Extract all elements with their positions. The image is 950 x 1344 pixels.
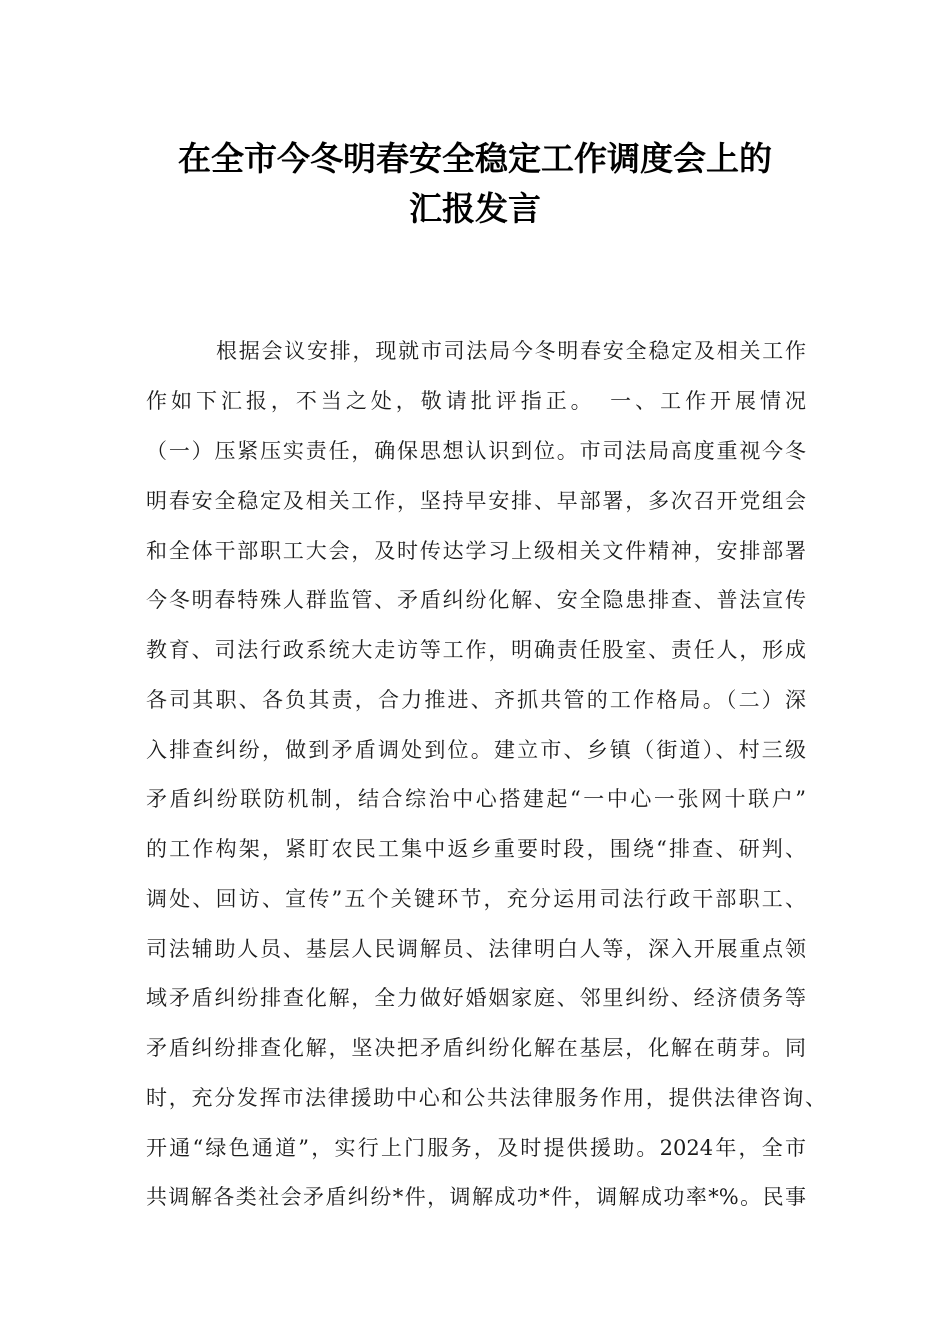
document-title-line-1: 在全市今冬明春安全稳定工作调度会上的 (0, 133, 950, 180)
body-paragraph-line: 时，充分发挥市法律援助中心和公共法律服务作用，提供法律咨询、 (146, 1083, 826, 1113)
body-paragraph-line: 今冬明春特殊人群监管、矛盾纠纷化解、安全隐患排查、普法宣传 (146, 585, 806, 615)
body-paragraph-line: 调处、回访、宣传”五个关键环节，充分运用司法行政干部职工、 (146, 884, 806, 914)
body-paragraph-line: 入排查纠纷，做到矛盾调处到位。建立市、乡镇（街道）、村三级 (146, 735, 806, 765)
body-paragraph-line: 开通“绿色通道”，实行上门服务，及时提供援助。2024年，全市 (146, 1133, 806, 1163)
document-title-line-2: 汇报发言 (0, 183, 950, 230)
body-paragraph-line: 矛盾纠纷排查化解，坚决把矛盾纠纷化解在基层，化解在萌芽。同 (146, 1033, 806, 1063)
body-paragraph-line: 根据会议安排，现就市司法局今冬明春安全稳定及相关工作 (216, 336, 806, 366)
body-paragraph-line: 明春安全稳定及相关工作，坚持早安排、早部署，多次召开党组会 (146, 486, 806, 516)
body-paragraph-line: 和全体干部职工大会，及时传达学习上级相关文件精神，安排部署 (146, 536, 806, 566)
body-paragraph-line: 共调解各类社会矛盾纠纷*件，调解成功*件，调解成功率*%。民事 (146, 1182, 806, 1212)
body-paragraph-line: 矛盾纠纷联防机制，结合综治中心搭建起“一中心一张网十联户” (146, 784, 806, 814)
body-paragraph-line: 各司其职、各负其责，合力推进、齐抓共管的工作格局。（二）深 (146, 685, 806, 715)
body-paragraph-line: 教育、司法行政系统大走访等工作，明确责任股室、责任人，形成 (146, 635, 806, 665)
body-paragraph-line: （一）压紧压实责任，确保思想认识到位。市司法局高度重视今冬 (146, 436, 806, 466)
body-paragraph-line: 司法辅助人员、基层人民调解员、法律明白人等，深入开展重点领 (146, 934, 806, 964)
document-page: 在全市今冬明春安全稳定工作调度会上的 汇报发言 根据会议安排，现就市司法局今冬明… (0, 0, 950, 1344)
body-paragraph-line: 的工作构架，紧盯农民工集中返乡重要时段，围绕“排查、研判、 (146, 834, 806, 864)
body-paragraph-line: 作如下汇报，不当之处，敬请批评指正。 一、工作开展情况 (146, 386, 806, 416)
body-paragraph-line: 域矛盾纠纷排查化解，全力做好婚姻家庭、邻里纠纷、经济债务等 (146, 983, 806, 1013)
